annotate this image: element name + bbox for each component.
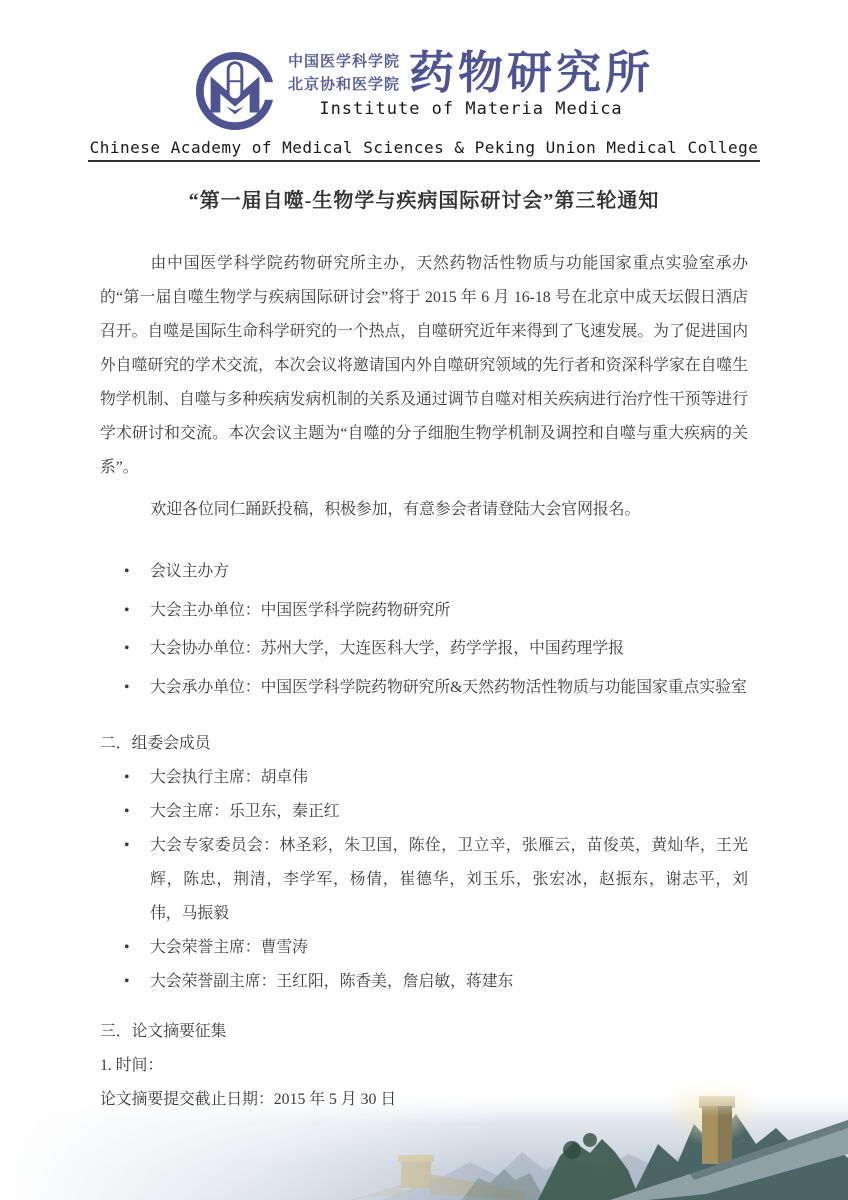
- list-item: • 大会主办单位：中国医学科学院药物研究所: [100, 592, 748, 631]
- academy-name-en: Chinese Academy of Medical Sciences & Pe…: [88, 138, 761, 162]
- list-item: • 大会荣誉副主席：王红阳，陈香美，詹启敏，蒋建东: [100, 965, 748, 999]
- institute-name-en: Institute of Materia Medica: [319, 99, 622, 119]
- document-title: “第一届自噬-生物学与疾病国际研讨会”第三轮通知: [0, 184, 848, 213]
- list-item-text: 大会荣誉主席：曹雪涛: [150, 931, 748, 965]
- bullet-icon: •: [124, 630, 150, 669]
- abstract-deadline: 论文摘要提交截止日期：2015 年 5 月 30 日: [100, 1083, 748, 1117]
- document-page: 中国医学科学院 北京协和医学院 药物研究所 Institute of Mater…: [0, 0, 848, 1200]
- committee-list: • 大会执行主席：胡卓伟 • 大会主席：乐卫东，秦正红 • 大会专家委员会：林圣…: [100, 761, 748, 999]
- list-item-text: 大会荣誉副主席：王红阳，陈香美，詹启敏，蒋建东: [150, 965, 748, 999]
- bullet-icon: •: [124, 761, 150, 795]
- list-item-text: 大会承办单位：中国医学科学院药物研究所&天然药物活性物质与功能国家重点实验室: [150, 669, 748, 708]
- list-item: • 会议主办方: [100, 553, 748, 592]
- bullet-icon: •: [124, 965, 150, 999]
- list-item: • 大会荣誉主席：曹雪涛: [100, 931, 748, 965]
- list-item: • 大会协办单位：苏州大学，大连医科大学，药学学报，中国药理学报: [100, 630, 748, 669]
- institute-logo-block: 中国医学科学院 北京协和医学院 药物研究所 Institute of Mater…: [194, 50, 654, 132]
- bullet-icon: •: [124, 829, 150, 931]
- host-list: • 会议主办方 • 大会主办单位：中国医学科学院药物研究所 • 大会协办单位：苏…: [100, 553, 748, 707]
- bullet-icon: •: [124, 795, 150, 829]
- list-item: • 大会主席：乐卫东，秦正红: [100, 795, 748, 829]
- bullet-icon: •: [124, 553, 150, 592]
- welcome-paragraph: 欢迎各位同仁踊跃投稿，积极参加，有意参会者请登陆大会官网报名。: [100, 493, 748, 527]
- academy-name-cn: 中国医学科学院 北京协和医学院: [288, 50, 400, 95]
- document-body: 由中国医学科学院药物研究所主办，天然药物活性物质与功能国家重点实验室承办的“第一…: [0, 247, 848, 1117]
- list-item: • 大会执行主席：胡卓伟: [100, 761, 748, 795]
- list-item-text: 大会主办单位：中国医学科学院药物研究所: [150, 592, 748, 631]
- list-item: • 大会专家委员会：林圣彩，朱卫国，陈佺，卫立辛，张雁云，苗俊英，黄灿华，王光辉…: [100, 829, 748, 931]
- section-heading-abstracts: 三．论文摘要征集: [100, 1015, 748, 1049]
- section-heading-committee: 二．组委会成员: [100, 727, 748, 761]
- institute-logo-icon: [194, 50, 276, 132]
- list-item-text: 会议主办方: [150, 553, 748, 592]
- institute-name-cn: 药物研究所: [409, 50, 654, 95]
- list-item-text: 大会协办单位：苏州大学，大连医科大学，药学学报，中国药理学报: [150, 630, 748, 669]
- bullet-icon: •: [124, 931, 150, 965]
- letterhead: 中国医学科学院 北京协和医学院 药物研究所 Institute of Mater…: [0, 0, 848, 162]
- list-item-text: 大会专家委员会：林圣彩，朱卫国，陈佺，卫立辛，张雁云，苗俊英，黄灿华，王光辉，陈…: [150, 829, 748, 931]
- list-item: • 大会承办单位：中国医学科学院药物研究所&天然药物活性物质与功能国家重点实验室: [100, 669, 748, 708]
- list-item-text: 大会执行主席：胡卓伟: [150, 761, 748, 795]
- list-item-text: 大会主席：乐卫东，秦正红: [150, 795, 748, 829]
- abstract-time-label: 1. 时间：: [100, 1049, 748, 1083]
- bullet-icon: •: [124, 592, 150, 631]
- intro-paragraph: 由中国医学科学院药物研究所主办，天然药物活性物质与功能国家重点实验室承办的“第一…: [100, 247, 748, 485]
- bullet-icon: •: [124, 669, 150, 708]
